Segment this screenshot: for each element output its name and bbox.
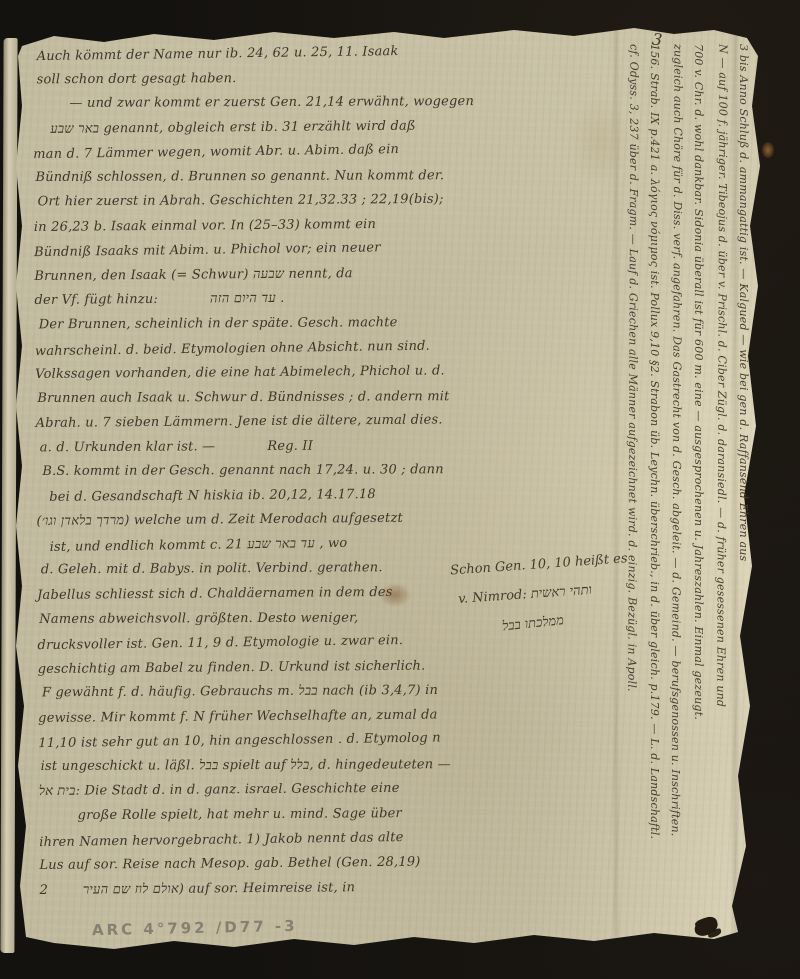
manuscript-line: אולם לוז שם העיר 2) auf sor. Heimreise i… — [40, 875, 492, 903]
manuscript-line: d. Geleh. mit d. Babys. in polit. Verbin… — [41, 556, 493, 583]
margin-note-line: 3 bis Anno Schluß d. ammangattig ist. — … — [732, 44, 754, 928]
manuscript-line: Ort hier zuerst in Abrah. Geschichten 21… — [38, 188, 490, 215]
manuscript-line: soll schon dort gesagt haben. — [37, 65, 489, 92]
manuscript-line: Abrah. u. 7 sieben Lämmern. Jene ist die… — [35, 408, 487, 436]
manuscript-line: — und zwar kommt er zuerst Gen. 21,14 er… — [35, 90, 487, 117]
manuscript-line: Jabellus schliesst sich d. Chaldäernamen… — [37, 580, 489, 608]
margin-note-line: 156. Strab. IX p.421 a. λόγιος νόμιμος i… — [643, 44, 665, 928]
manuscript-line: a. d. Urkunden klar ist. — Reg. II — [40, 433, 492, 460]
manuscript-line: der Vf. fügt hinzu: עד היום הזה . — [34, 286, 486, 314]
margin-note-line: 700 v. Chr. d. wohl dankbar. Sidonia übe… — [687, 44, 709, 928]
margin-note-line: cf. Odyss. 3, 237 über d. Fragm. — Lauf … — [619, 44, 644, 928]
margin-note-vertical: 3 bis Anno Schluß d. ammangattig ist. — … — [620, 44, 754, 928]
manuscript-line: Brunnen auch Isaak u. Schwur d. Bündniss… — [37, 385, 489, 412]
side-note: Schon Gen. 10, 10 heißt esv. Nimrod: ותה… — [449, 544, 640, 644]
ink-stain — [380, 584, 410, 606]
rust-spot — [762, 142, 774, 158]
manuscript-line: F gewähnt f. d. häufig. Gebrauchs m. בבל… — [42, 679, 494, 706]
manuscript-line: ist ungeschickt u. läßl. בבל spielt auf … — [41, 753, 493, 780]
margin-note-line: N — auf 100 f. jähriger. Tibeojus d. übe… — [708, 44, 733, 928]
manuscript-line: geschichtig am Babel zu finden. D. Urkun… — [38, 654, 490, 682]
manuscript-line: בית אל: Die Stadt d. in d. ganz. israel.… — [39, 776, 491, 804]
manuscript-line: Bündniß schlossen, d. Brunnen so genannt… — [35, 164, 487, 191]
margin-note-line: zugleich auch Chöre für d. Diss. verf. a… — [663, 44, 688, 928]
page-number: 3 — [651, 30, 663, 50]
manuscript-line: man d. 7 Lämmer wegen, womit Abr. u. Abi… — [33, 137, 485, 168]
main-text-block: Auch kömmt der Name nur ib. 24, 62 u. 25… — [32, 40, 491, 903]
manuscript-line: B.S. kommt in der Gesch. genannt nach 17… — [38, 458, 490, 485]
